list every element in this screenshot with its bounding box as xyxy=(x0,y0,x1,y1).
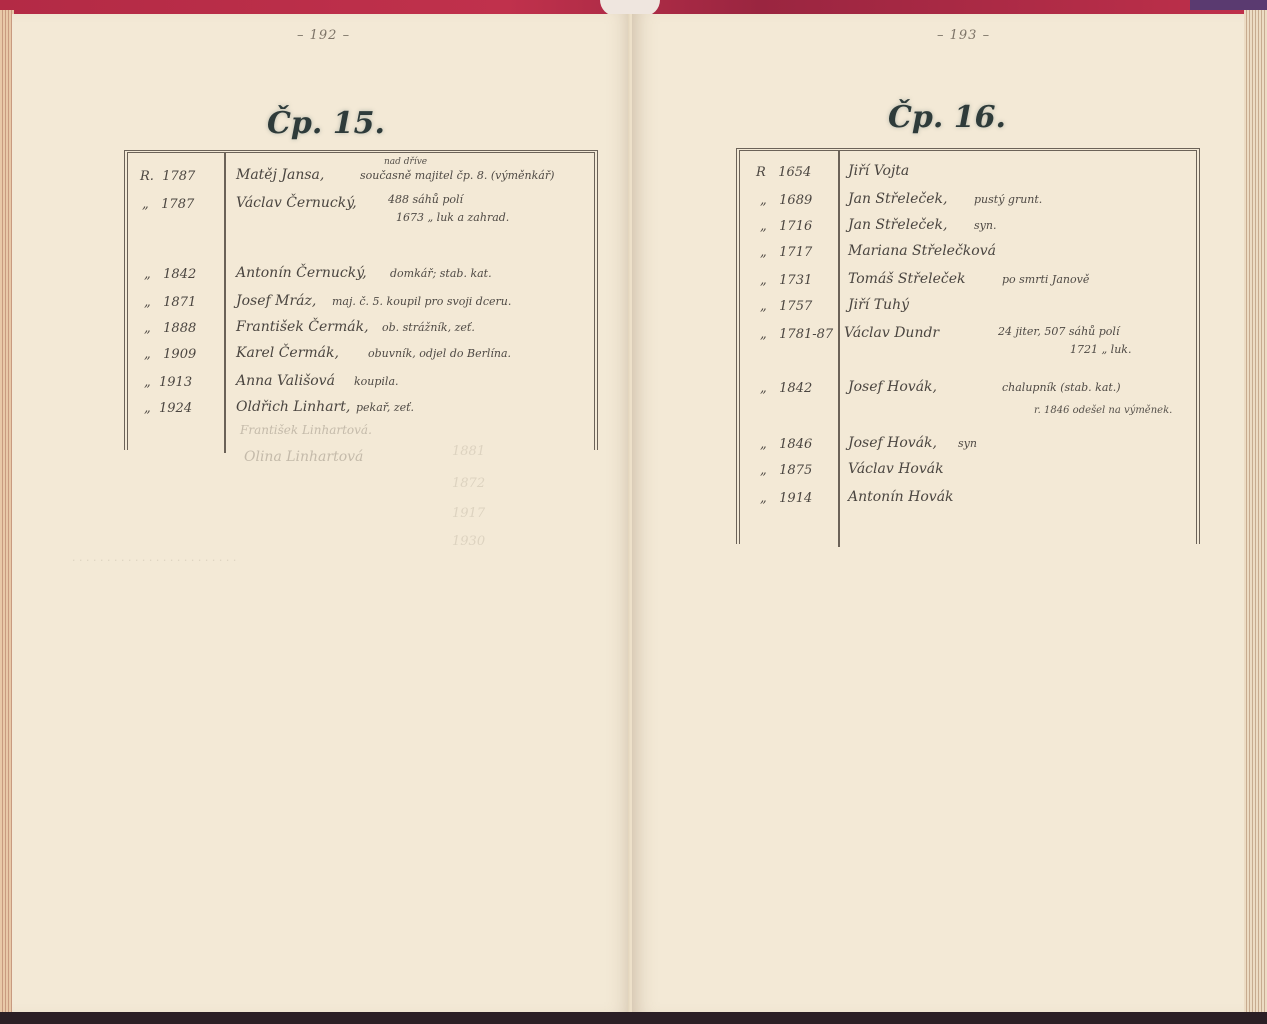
house-number-title: Čp. 16. xyxy=(888,100,1006,135)
ledger-row: „ 1842 Josef Hovák, chalupník (stab. kat… xyxy=(740,377,1196,403)
left-page: 1881 1872 1917 1930 · · · · · · · · · · … xyxy=(12,14,632,1012)
ledger-row: R. 1787 Matěj Jansa, nad dříve současně … xyxy=(128,165,594,191)
ledger-row: „ 1913 Anna Vališová koupila. xyxy=(128,371,594,397)
ledger-row: „ 1787 Václav Černucký, 488 sáhů polí 16… xyxy=(128,193,594,219)
ledger-row: „ 1871 Josef Mráz, maj. č. 5. koupil pro… xyxy=(128,291,594,317)
ledger-row: „ 1717 Mariana Střelečková xyxy=(740,241,1196,267)
ledger-row: „ 1909 Karel Čermák, obuvník, odjel do B… xyxy=(128,343,594,369)
house-number-title: Čp. 15. xyxy=(267,106,385,141)
ledger-row-faint: Olina Linhartová xyxy=(128,447,594,473)
page-number: – 193 – xyxy=(937,28,990,43)
page-edges-right xyxy=(1244,10,1267,1014)
ledger-row: R 1654 Jiří Vojta xyxy=(740,161,1196,187)
ledger-row: „ 1842 Antonín Černucký, domkář; stab. k… xyxy=(128,263,594,289)
ownership-ledger: R 1654 Jiří Vojta „ 1689 Jan Střeleček, … xyxy=(736,148,1200,544)
book-cover-top-edge xyxy=(0,0,1267,14)
ledger-row: „ 1757 Jiří Tuhý xyxy=(740,295,1196,321)
ledger-row: „ 1781-87 Václav Dundr 24 jiter, 507 sáh… xyxy=(740,323,1196,349)
cover-blue-corner xyxy=(1190,0,1267,10)
right-page: – 193 – Čp. 16. R 1654 Jiří Vojta „ 1689… xyxy=(632,14,1244,1012)
page-number: – 192 – xyxy=(297,28,350,43)
ledger-row-faint: František Linhartová. xyxy=(128,421,594,447)
ledger-row: „ 1846 Josef Hovák, syn xyxy=(740,433,1196,459)
ledger-row: „ 1914 Antonín Hovák xyxy=(740,487,1196,513)
ledger-row: „ 1875 Václav Hovák xyxy=(740,459,1196,485)
ledger-row: „ 1731 Tomáš Střeleček po smrti Janově xyxy=(740,269,1196,295)
book-cover-bottom-edge xyxy=(0,1012,1267,1024)
ledger-row: „ 1716 Jan Střeleček, syn. xyxy=(740,215,1196,241)
ledger-row: „ 1888 František Čermák, ob. strážník, z… xyxy=(128,317,594,343)
ownership-ledger: R. 1787 Matěj Jansa, nad dříve současně … xyxy=(124,150,598,450)
ledger-row: „ 1689 Jan Střeleček, pustý grunt. xyxy=(740,189,1196,215)
ledger-row: „ 1924 Oldřich Linhart, pekař, zeť. xyxy=(128,397,594,423)
